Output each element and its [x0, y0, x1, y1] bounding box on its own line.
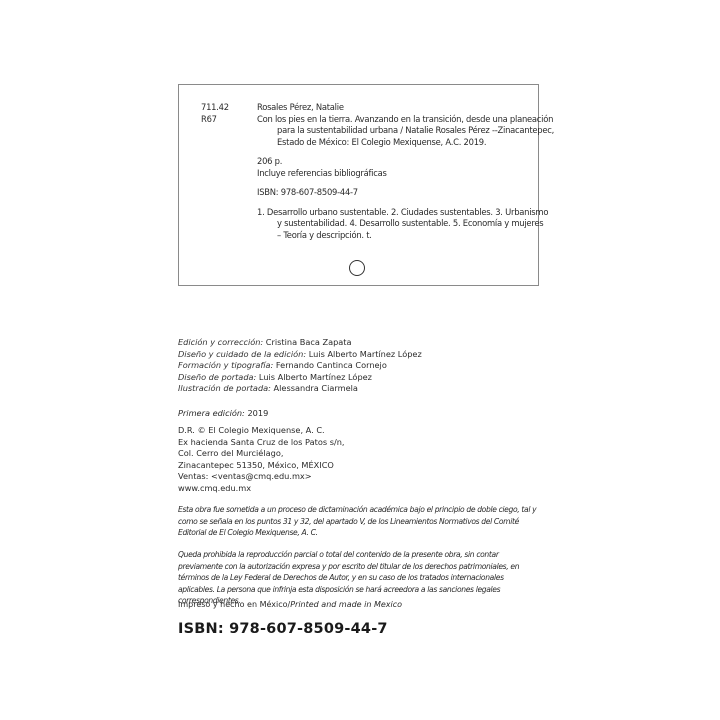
isbn-large: ISBN: 978-607-8509-44-7 [178, 621, 388, 637]
card-author: Rosales Pérez, Natalie [257, 102, 554, 114]
website: www.cmq.edu.mx [178, 483, 345, 495]
printed-in: Impreso y hecho en México/Printed and ma… [178, 600, 402, 609]
catalog-card: 711.42 R67 Rosales Pérez, Natalie Con lo… [178, 84, 539, 286]
peer-review-note: Esta obra fue sometida a un proceso de d… [178, 504, 542, 539]
card-subjects-line: – Teoría y descripción. t. [257, 230, 554, 242]
credit-line: Ilustración de portada: Alessandra Ciarm… [178, 383, 422, 395]
publisher-address: D.R. © El Colegio Mexiquense, A. C. Ex h… [178, 425, 345, 494]
card-isbn: ISBN: 978-607-8509-44-7 [257, 187, 554, 199]
card-pages: 206 p. [257, 156, 554, 168]
credit-line: Edición y corrección: Cristina Baca Zapa… [178, 337, 422, 349]
credit-line: Diseño de portada: Luis Alberto Martínez… [178, 372, 422, 384]
legal-notice: Queda prohibida la reproducción parcial … [178, 549, 542, 607]
card-title-line: Con los pies en la tierra. Avanzando en … [257, 114, 554, 126]
card-subjects-line: y sustentabilidad. 4. Desarrollo sustent… [257, 218, 554, 230]
card-subjects-line: 1. Desarrollo urbano sustentable. 2. Ciu… [257, 207, 554, 219]
call-number: 711.42 R67 [201, 102, 229, 125]
card-entry: Rosales Pérez, Natalie Con los pies en l… [257, 102, 554, 241]
edition: Primera edición: 2019 [178, 408, 268, 418]
credits: Edición y corrección: Cristina Baca Zapa… [178, 337, 422, 395]
credit-line: Formación y tipografía: Fernando Cantinc… [178, 360, 422, 372]
card-hole-icon [349, 260, 365, 276]
card-title-line: Estado de México: El Colegio Mexiquense,… [257, 137, 554, 149]
credit-line: Diseño y cuidado de la edición: Luis Alb… [178, 349, 422, 361]
card-notes: Incluye referencias bibliográficas [257, 168, 554, 180]
card-title-line: para la sustentabilidad urbana / Natalie… [257, 125, 554, 137]
sales-email: Ventas: <ventas@cmq.edu.mx> [178, 471, 345, 483]
